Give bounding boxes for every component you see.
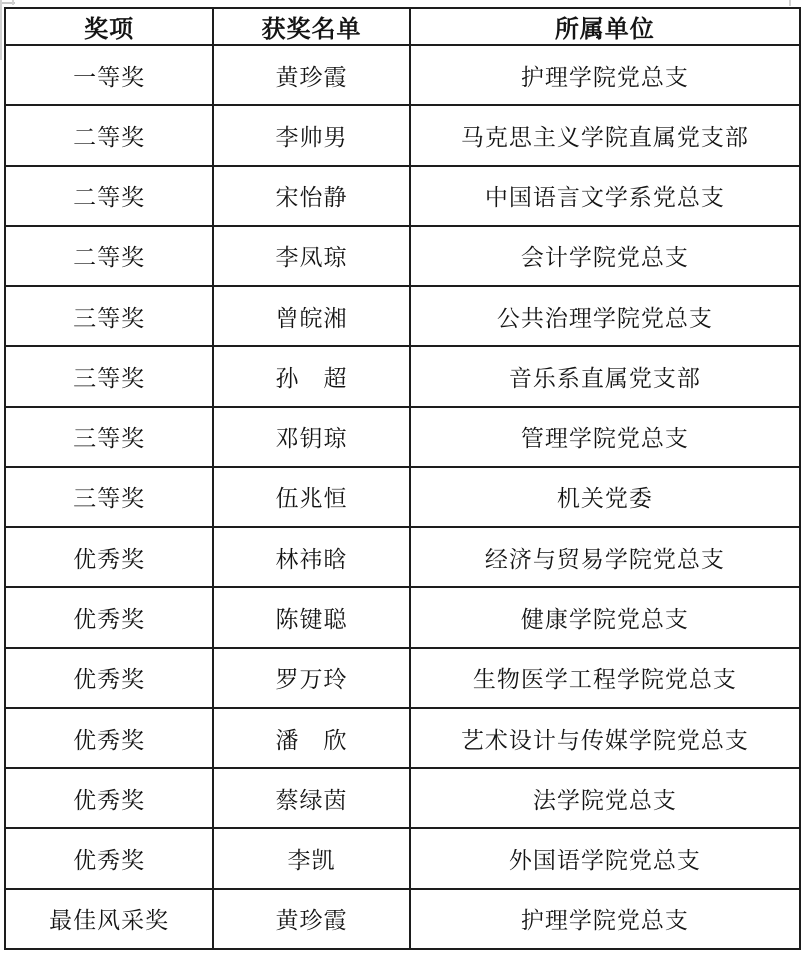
cell-award: 最佳风采奖 (5, 889, 213, 949)
document-page: 奖项 获奖名单 所属单位 一等奖黄珍霞护理学院党总支二等奖李帅男马克思主义学院直… (0, 0, 806, 957)
table-row: 优秀奖罗万玲生物医学工程学院党总支 (5, 648, 800, 708)
table-body: 一等奖黄珍霞护理学院党总支二等奖李帅男马克思主义学院直属党支部二等奖宋怡静中国语… (5, 45, 800, 949)
cell-unit: 管理学院党总支 (410, 407, 800, 467)
table-row: 三等奖孙 超音乐系直属党支部 (5, 346, 800, 406)
cell-award: 二等奖 (5, 166, 213, 226)
cell-unit: 经济与贸易学院党总支 (410, 527, 800, 587)
award-table: 奖项 获奖名单 所属单位 一等奖黄珍霞护理学院党总支二等奖李帅男马克思主义学院直… (4, 7, 801, 950)
table-row: 优秀奖林祎晗经济与贸易学院党总支 (5, 527, 800, 587)
cell-winner: 李帅男 (213, 105, 409, 165)
cell-award: 优秀奖 (5, 768, 213, 828)
table-edge-artifact (0, 0, 2, 60)
cell-unit: 会计学院党总支 (410, 226, 800, 286)
cell-award: 优秀奖 (5, 828, 213, 888)
table-row: 二等奖宋怡静中国语言文学系党总支 (5, 166, 800, 226)
cell-winner: 李凯 (213, 828, 409, 888)
cell-award: 二等奖 (5, 105, 213, 165)
cell-winner: 林祎晗 (213, 527, 409, 587)
cell-award: 三等奖 (5, 407, 213, 467)
cell-winner: 罗万玲 (213, 648, 409, 708)
header-row: 奖项 获奖名单 所属单位 (5, 8, 800, 45)
cell-award: 三等奖 (5, 286, 213, 346)
header-award: 奖项 (5, 8, 213, 45)
cell-winner: 黄珍霞 (213, 45, 409, 105)
table-row: 优秀奖陈键聪健康学院党总支 (5, 587, 800, 647)
cell-unit: 护理学院党总支 (410, 45, 800, 105)
cell-unit: 外国语学院党总支 (410, 828, 800, 888)
cell-award: 三等奖 (5, 346, 213, 406)
cell-unit: 法学院党总支 (410, 768, 800, 828)
table-row: 一等奖黄珍霞护理学院党总支 (5, 45, 800, 105)
table-row: 优秀奖李凯外国语学院党总支 (5, 828, 800, 888)
table-row: 最佳风采奖黄珍霞护理学院党总支 (5, 889, 800, 949)
cell-award: 三等奖 (5, 467, 213, 527)
table-row: 二等奖李凤琼会计学院党总支 (5, 226, 800, 286)
cell-unit: 公共治理学院党总支 (410, 286, 800, 346)
cell-award: 优秀奖 (5, 708, 213, 768)
cell-winner: 李凤琼 (213, 226, 409, 286)
header-winner: 获奖名单 (213, 8, 409, 45)
cell-winner: 蔡绿茵 (213, 768, 409, 828)
cell-winner: 宋怡静 (213, 166, 409, 226)
cell-unit: 音乐系直属党支部 (410, 346, 800, 406)
cell-winner: 陈键聪 (213, 587, 409, 647)
cell-unit: 马克思主义学院直属党支部 (410, 105, 800, 165)
cell-winner: 黄珍霞 (213, 889, 409, 949)
header-unit: 所属单位 (410, 8, 800, 45)
cell-unit: 健康学院党总支 (410, 587, 800, 647)
cell-award: 优秀奖 (5, 587, 213, 647)
table-row: 三等奖邓钥琼管理学院党总支 (5, 407, 800, 467)
cell-award: 优秀奖 (5, 527, 213, 587)
cell-unit: 护理学院党总支 (410, 889, 800, 949)
cell-award: 二等奖 (5, 226, 213, 286)
cell-unit: 艺术设计与传媒学院党总支 (410, 708, 800, 768)
cell-winner: 潘 欣 (213, 708, 409, 768)
table-row: 优秀奖潘 欣艺术设计与传媒学院党总支 (5, 708, 800, 768)
table-row: 三等奖曾皖湘公共治理学院党总支 (5, 286, 800, 346)
table-edge-artifact (789, 0, 791, 6)
table-edge-artifact (12, 0, 14, 5)
table-row: 优秀奖蔡绿茵法学院党总支 (5, 768, 800, 828)
cell-unit: 生物医学工程学院党总支 (410, 648, 800, 708)
cell-award: 优秀奖 (5, 648, 213, 708)
table-row: 二等奖李帅男马克思主义学院直属党支部 (5, 105, 800, 165)
table-row: 三等奖伍兆恒机关党委 (5, 467, 800, 527)
cell-winner: 孙 超 (213, 346, 409, 406)
cell-award: 一等奖 (5, 45, 213, 105)
cell-winner: 邓钥琼 (213, 407, 409, 467)
cell-winner: 曾皖湘 (213, 286, 409, 346)
cell-unit: 中国语言文学系党总支 (410, 166, 800, 226)
cell-winner: 伍兆恒 (213, 467, 409, 527)
cell-unit: 机关党委 (410, 467, 800, 527)
